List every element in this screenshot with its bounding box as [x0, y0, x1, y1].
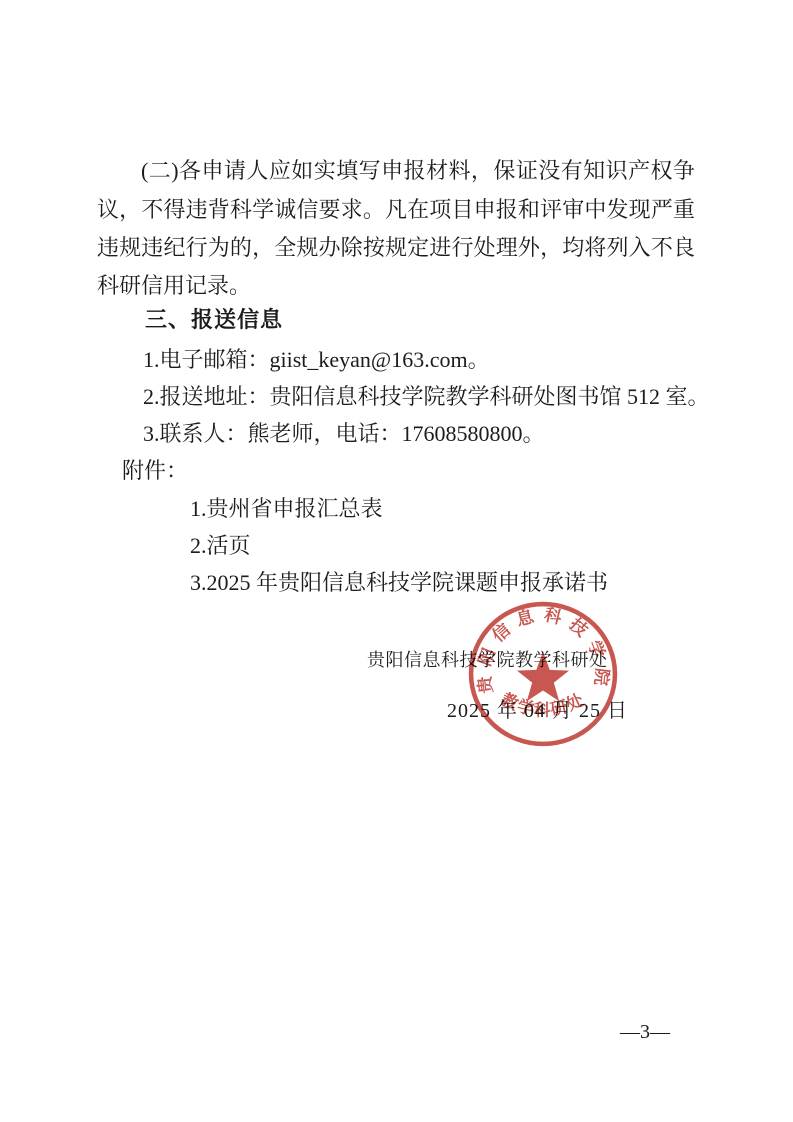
- document-page: (二)各申请人应如实填写申报材料，保证没有知识产权争 议，不得违背科学诚信要求。…: [0, 0, 793, 1122]
- paragraph-line: (二)各申请人应如实填写申报材料，保证没有知识产权争: [141, 156, 695, 186]
- attachment-item: 2.活页: [190, 531, 251, 561]
- paragraph-line: 科研信用记录。: [97, 271, 251, 301]
- signature-date: 2025 年 04 月 25 日: [447, 696, 628, 726]
- contact-item-email: 1.电子邮箱：giist_keyan@163.com。: [143, 345, 490, 375]
- attachment-item: 3.2025 年贵阳信息科技学院课题申报承诺书: [190, 568, 608, 598]
- signature-organization: 贵阳信息科技学院教学科研处: [367, 645, 608, 675]
- section-heading: 三、报送信息: [145, 303, 283, 334]
- paragraph-line: 违规违纪行为的，全规办除按规定进行处理外，均将列入不良: [97, 233, 695, 263]
- page-number: —3—: [620, 1017, 670, 1047]
- attachment-item: 1.贵州省申报汇总表: [190, 494, 383, 524]
- attachments-label: 附件：: [122, 456, 188, 486]
- contact-item-address: 2.报送地址：贵阳信息科技学院教学科研处图书馆 512 室。: [143, 382, 710, 412]
- contact-item-person: 3.联系人：熊老师，电话：17608580800。: [143, 419, 545, 449]
- paragraph-line: 议，不得违背科学诚信要求。凡在项目申报和评审中发现严重: [97, 195, 695, 225]
- official-seal: 贵阳信息科技学院 教学科研处: [467, 599, 619, 751]
